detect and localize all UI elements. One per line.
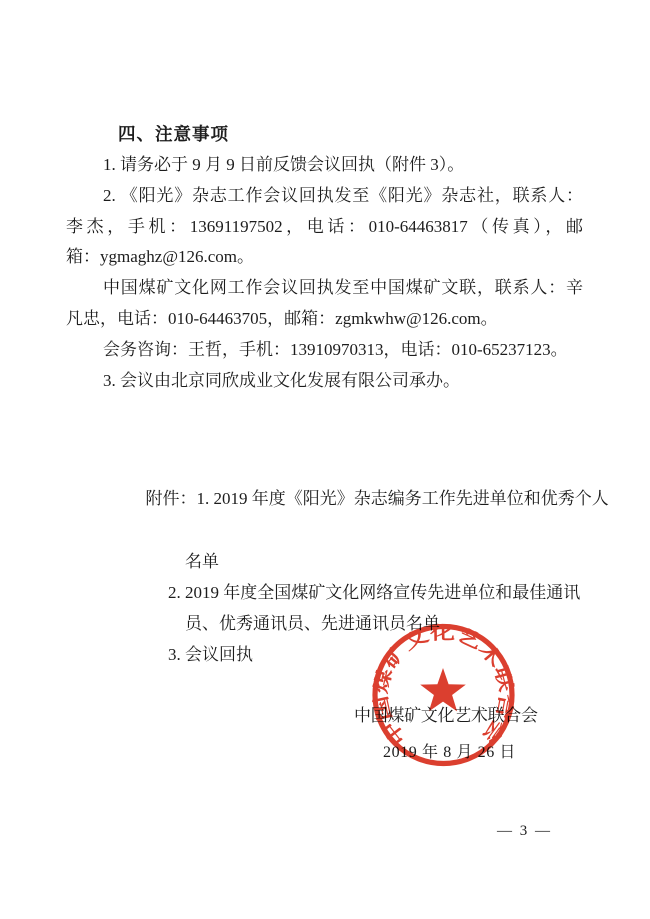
red-star-icon <box>420 668 466 711</box>
attachment-line: 名单 <box>66 546 583 577</box>
body-line: 凡忠，电话：010-64463705，邮箱：zgmkwhw@126.com。 <box>66 304 583 335</box>
body-line: 会务咨询：王哲，手机：13910970313，电话：010-65237123。 <box>66 335 583 366</box>
body-text-block: 1. 请务必于 9 月 9 日前反馈会议回执（附件 3）。 2. 《阳光》杂志工… <box>66 150 583 396</box>
body-line: 李杰，手机：13691197502，电话：010-64463817（传真），邮 <box>66 212 583 243</box>
attachment-line: 2. 2019 年度全国煤矿文化网络宣传先进单位和最佳通讯 <box>66 577 583 608</box>
body-line: 3. 会议由北京同欣成业文化发展有限公司承办。 <box>66 366 583 397</box>
body-line: 2. 《阳光》杂志工作会议回执发至《阳光》杂志社，联系人： <box>66 181 583 212</box>
page-number: — 3 — <box>497 823 552 840</box>
official-seal: 中国煤矿文化艺术联合会 <box>364 616 526 780</box>
section-heading: 四、注意事项 <box>118 121 229 146</box>
body-line: 1. 请务必于 9 月 9 日前反馈会议回执（附件 3）。 <box>66 150 583 181</box>
body-line: 箱：ygmaghz@126.com。 <box>66 242 583 273</box>
document-page: 四、注意事项 1. 请务必于 9 月 9 日前反馈会议回执（附件 3）。 2. … <box>0 0 650 919</box>
attachment-line: 附件：1. 2019 年度《阳光》杂志编务工作先进单位和优秀个人 <box>66 452 583 546</box>
body-line: 中国煤矿文化网工作会议回执发至中国煤矿文联，联系人：辛 <box>66 273 583 304</box>
attachment-item: 1. 2019 年度《阳光》杂志编务工作先进单位和优秀个人 <box>197 489 609 508</box>
attachment-label: 附件： <box>146 489 197 508</box>
